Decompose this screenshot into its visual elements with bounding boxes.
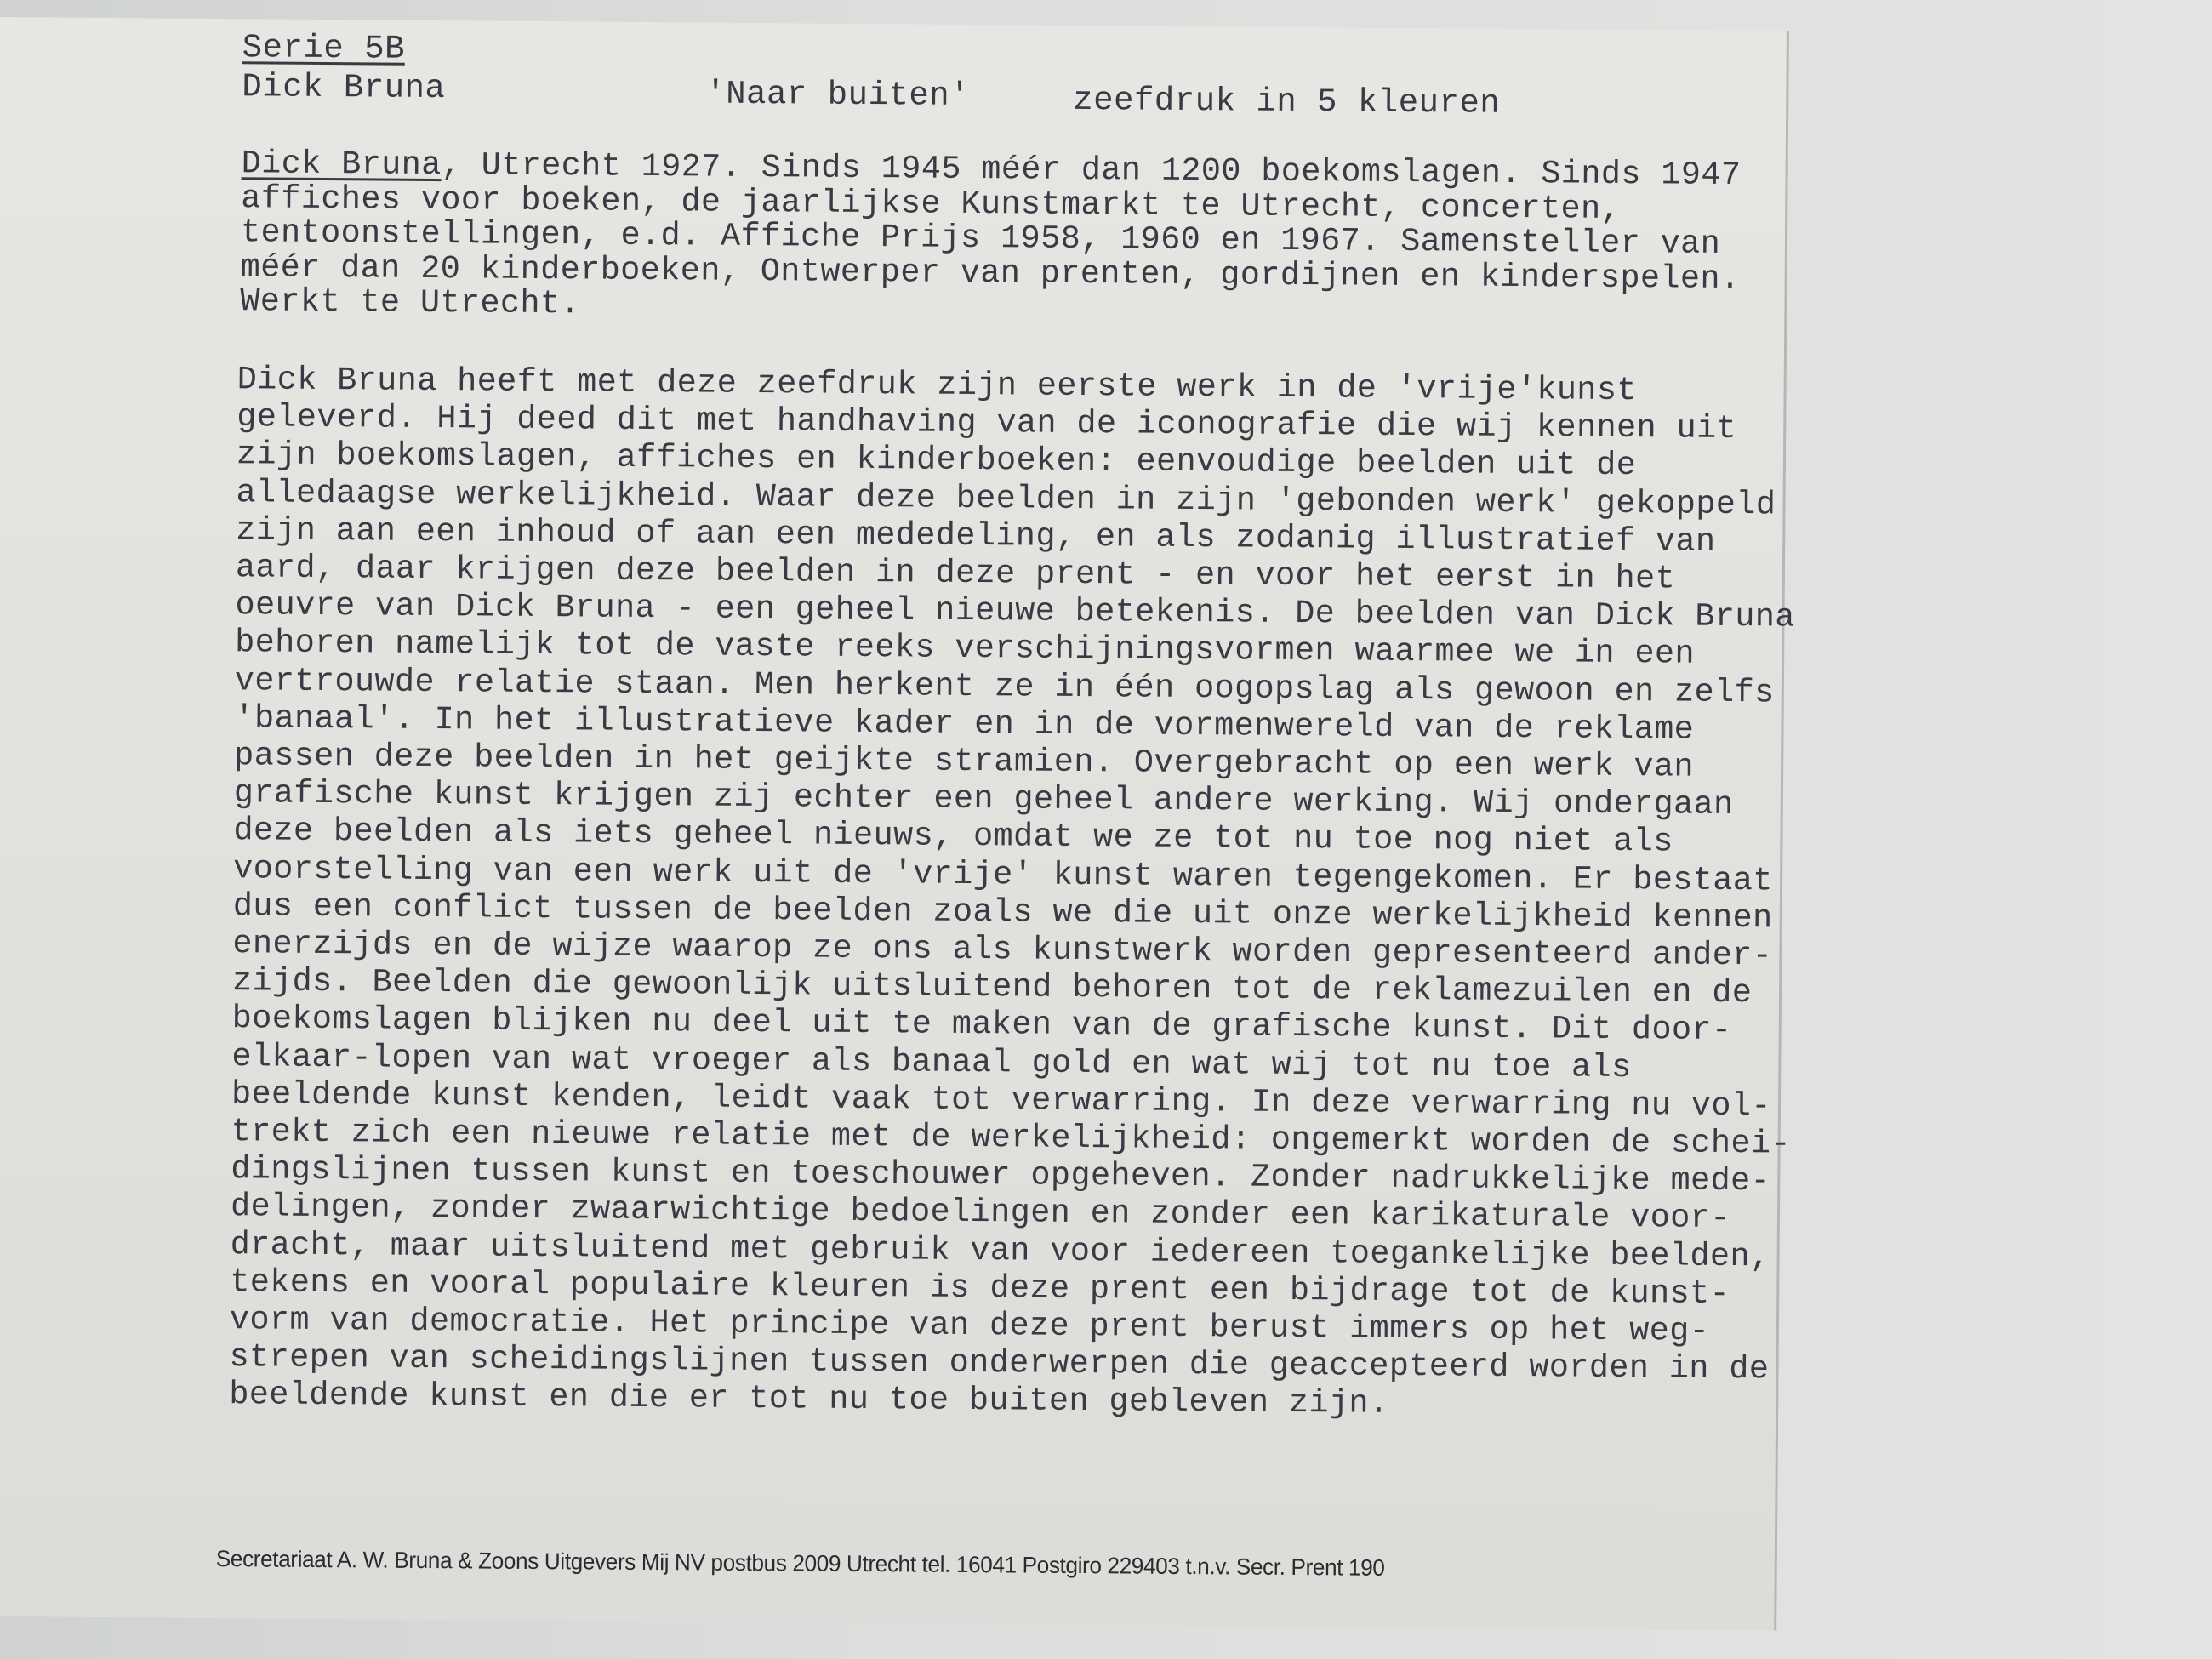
bio-line: Werkt te Utrecht. xyxy=(240,282,580,322)
artist-name: Dick Bruna xyxy=(242,68,445,107)
work-title: 'Naar buiten' xyxy=(705,76,970,115)
technique: zeefdruk in 5 kleuren xyxy=(1073,82,1500,123)
document-sheet: Serie 5B Dick Bruna 'Naar buiten' zeefdr… xyxy=(0,17,1789,1630)
series-label: Serie 5B xyxy=(242,29,406,68)
essay-line: beeldende kunst en die er tot nu toe bui… xyxy=(229,1377,1389,1423)
bio-name: Dick Bruna xyxy=(241,145,441,184)
footer-address: Secretariaat A. W. Bruna & Zoons Uitgeve… xyxy=(216,1546,1385,1582)
